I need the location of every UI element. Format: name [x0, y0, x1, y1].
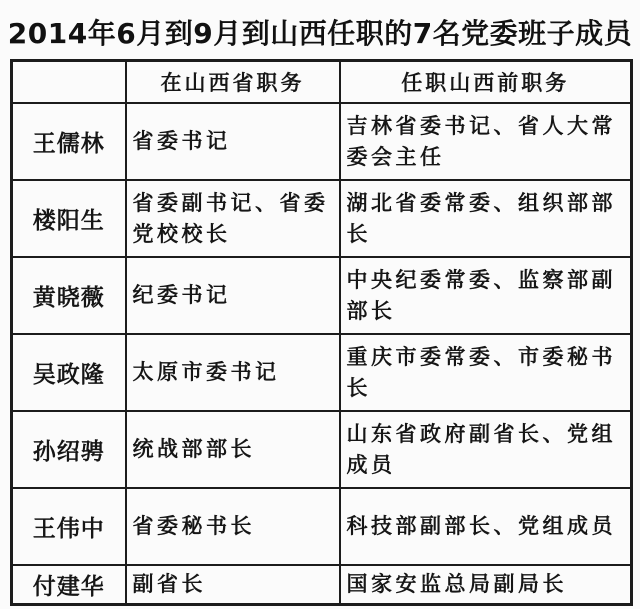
table-row: 孙绍骋 统战部部长 山东省政府副省长、党组成员 — [12, 411, 632, 488]
name-cell: 黄晓薇 — [12, 257, 126, 334]
table-header-row: 在山西省职务 任职山西前职务 — [12, 61, 632, 104]
officials-table: 在山西省职务 任职山西前职务 王儒林 省委书记 吉林省委书记、省人大常委会主任 … — [10, 59, 633, 606]
previous-post-cell: 山东省政府副省长、党组成员 — [340, 411, 632, 488]
previous-post-cell: 中央纪委常委、监察部副部长 — [340, 257, 632, 334]
previous-post-cell: 科技部副部长、党组成员 — [340, 488, 632, 565]
shanxi-post-cell: 副省长 — [126, 565, 340, 605]
name-cell: 楼阳生 — [12, 180, 126, 257]
shanxi-post-cell: 统战部部长 — [126, 411, 340, 488]
news-table-graphic: 2014年6月到9月到山西任职的7名党委班子成员 在山西省职务 任职山西前职务 … — [0, 0, 640, 609]
name-cell: 孙绍骋 — [12, 411, 126, 488]
header-name — [12, 61, 126, 104]
shanxi-post-cell: 省委秘书长 — [126, 488, 340, 565]
table-row: 黄晓薇 纪委书记 中央纪委常委、监察部副部长 — [12, 257, 632, 334]
name-cell: 吴政隆 — [12, 334, 126, 411]
name-cell: 王伟中 — [12, 488, 126, 565]
header-shanxi-post: 在山西省职务 — [126, 61, 340, 104]
page-title: 2014年6月到9月到山西任职的7名党委班子成员 — [0, 12, 640, 52]
name-cell: 付建华 — [12, 565, 126, 605]
header-previous-post: 任职山西前职务 — [340, 61, 632, 104]
previous-post-cell: 湖北省委常委、组织部部长 — [340, 180, 632, 257]
table-row: 王儒林 省委书记 吉林省委书记、省人大常委会主任 — [12, 103, 632, 180]
name-cell: 王儒林 — [12, 103, 126, 180]
previous-post-cell: 吉林省委书记、省人大常委会主任 — [340, 103, 632, 180]
table-row: 楼阳生 省委副书记、省委党校校长 湖北省委常委、组织部部长 — [12, 180, 632, 257]
previous-post-cell: 重庆市委常委、市委秘书长 — [340, 334, 632, 411]
table-row: 吴政隆 太原市委书记 重庆市委常委、市委秘书长 — [12, 334, 632, 411]
previous-post-cell: 国家安监总局副局长 — [340, 565, 632, 605]
shanxi-post-cell: 省委书记 — [126, 103, 340, 180]
shanxi-post-cell: 省委副书记、省委党校校长 — [126, 180, 340, 257]
shanxi-post-cell: 太原市委书记 — [126, 334, 340, 411]
table-row: 王伟中 省委秘书长 科技部副部长、党组成员 — [12, 488, 632, 565]
table-row: 付建华 副省长 国家安监总局副局长 — [12, 565, 632, 605]
shanxi-post-cell: 纪委书记 — [126, 257, 340, 334]
